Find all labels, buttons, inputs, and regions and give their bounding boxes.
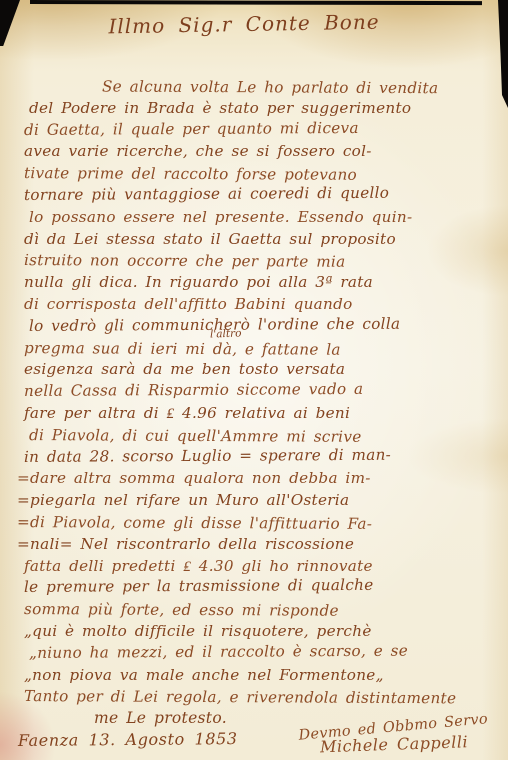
manuscript-line: fare per altra di ₤ 4.96 relativa ai ben…	[16, 403, 502, 425]
letter-salutation: Illmo Sig.r Conte Bone	[70, 9, 418, 39]
interlinear-insertion: l'altro	[210, 327, 242, 340]
manuscript-line: =nali= Nel riscontrarlo della riscossion…	[16, 534, 502, 556]
signature-row: Faenza 13. Agosto 1853 Michele Cappelli	[16, 730, 502, 752]
manuscript-line: „qui è molto difficile il risquotere, pe…	[16, 621, 502, 643]
manuscript-line: avea varie ricerche, che se si fossero c…	[16, 141, 502, 163]
manuscript-line: =piegarla nel rifare un Muro all'Osteria	[16, 490, 502, 512]
manuscript-line: le premure per la trasmissione di qualch…	[16, 574, 502, 599]
manuscript-line: lo vedrò gli communicherò l'ordine che c…	[16, 313, 502, 338]
closing-row: me Le protesto. Devmo ed Obbmo Servo	[16, 708, 502, 730]
scan-edge-top-left	[0, 0, 20, 46]
manuscript-line: =dare altra somma qualora non debba im-	[16, 468, 502, 490]
manuscript-line: somma più forte, ed esso mi risponde	[16, 599, 502, 623]
manuscript-line: „non piova va male anche nel Formentone„	[16, 665, 502, 687]
manuscript-line: pregma sua di ieri mi dà, e fattane la	[16, 338, 502, 362]
manuscript-line: lo possano essere nel presente. Essendo …	[16, 207, 502, 229]
manuscript-line: nella Cassa di Risparmio siccome vado a	[16, 378, 502, 403]
manuscript-line: nulla gli dica. In riguardo poi alla 3ª …	[16, 272, 502, 294]
manuscript-line: „niuno ha mezzi, ed il raccolto è scarso…	[16, 640, 502, 665]
manuscript-line: istruito non occorre che per parte mia	[16, 250, 502, 274]
manuscript-line: =di Piavola, come gli disse l'affittuari…	[16, 512, 502, 536]
manuscript-line: Se alcuna volta Le ho parlato di vendita	[16, 76, 502, 100]
manuscript-line: dì da Lei stessa stato il Gaetta sul pro…	[16, 229, 502, 251]
manuscript-line: in data 28. scorso Luglio = sperare di m…	[16, 444, 502, 469]
manuscript-line: del Podere in Brada è stato per suggerim…	[16, 98, 502, 120]
manuscript-line: Tanto per di Lei regola, e riverendola d…	[16, 686, 502, 710]
dateline: Faenza 13. Agosto 1853	[16, 728, 238, 752]
manuscript-line: tornare più vantaggiose ai coeredi di qu…	[16, 182, 502, 207]
letter-body: Se alcuna volta Le ho parlato di vendita…	[16, 76, 502, 752]
scan-edge-top	[30, 0, 482, 5]
manuscript-line: di Gaetta, il quale per quanto mi diceva	[16, 117, 502, 142]
closing-protest: me Le protesto.	[16, 708, 227, 730]
letter-page: Illmo Sig.r Conte Bone Se alcuna volta L…	[0, 0, 508, 760]
